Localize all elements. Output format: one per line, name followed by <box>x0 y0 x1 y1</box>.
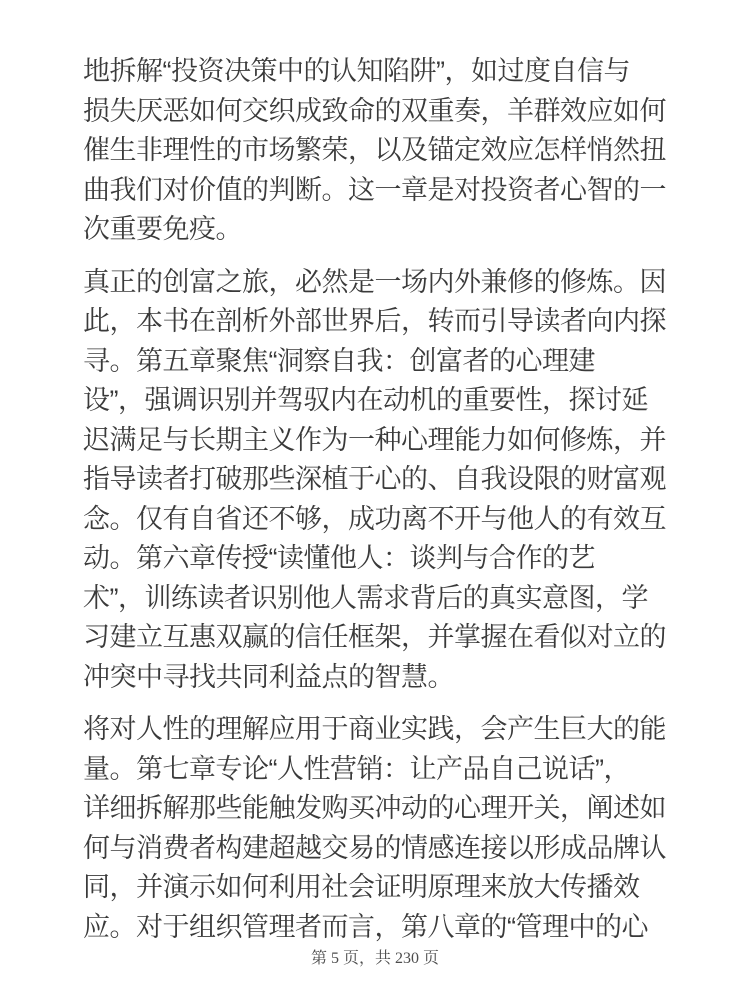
body-line: 同，并演示如何利用社会证明原理来放大传播效 <box>83 868 683 908</box>
body-line: 寻。第五章聚焦“洞察自我：创富者的心理建 <box>83 342 683 382</box>
body-line: 真正的创富之旅，必然是一场内外兼修的修炼。因 <box>83 263 683 303</box>
paragraph-3: 将对人性的理解应用于商业实践，会产生巨大的能 量。第七章专论“人性营销：让产品自… <box>83 710 683 947</box>
body-line: 应。对于组织管理者而言，第八章的“管理中的心 <box>83 908 683 948</box>
body-line: 念。仅有自省还不够，成功离不开与他人的有效互 <box>83 500 683 540</box>
body-line: 术”，训练读者识别他人需求背后的真实意图，学 <box>83 579 683 619</box>
body-line: 何与消费者构建超越交易的情感连接以形成品牌认 <box>83 829 683 869</box>
body-line: 量。第七章专论“人性营销：让产品自己说话”， <box>83 750 683 790</box>
body-line: 习建立互惠双赢的信任框架，并掌握在看似对立的 <box>83 618 683 658</box>
body-line: 将对人性的理解应用于商业实践，会产生巨大的能 <box>83 710 683 750</box>
body-line: 指导读者打破那些深植于心的、自我设限的财富观 <box>83 460 683 500</box>
page-indicator: 第 5 页，共 230 页 <box>0 948 750 970</box>
document-body: 地拆解“投资决策中的认知陷阱”，如过度自信与 损失厌恶如何交织成致命的双重奏，羊… <box>83 52 683 947</box>
document-page: 地拆解“投资决策中的认知陷阱”，如过度自信与 损失厌恶如何交织成致命的双重奏，羊… <box>0 0 750 1000</box>
body-line: 地拆解“投资决策中的认知陷阱”，如过度自信与 <box>83 52 683 92</box>
body-line: 此，本书在剖析外部世界后，转而引导读者向内探 <box>83 302 683 342</box>
paragraph-2: 真正的创富之旅，必然是一场内外兼修的修炼。因 此，本书在剖析外部世界后，转而引导… <box>83 263 683 698</box>
body-line: 迟满足与长期主义作为一种心理能力如何修炼，并 <box>83 421 683 461</box>
body-line: 曲我们对价值的判断。这一章是对投资者心智的一 <box>83 171 683 211</box>
body-line: 动。第六章传授“读懂他人：谈判与合作的艺 <box>83 539 683 579</box>
body-line: 损失厌恶如何交织成致命的双重奏，羊群效应如何 <box>83 92 683 132</box>
body-line: 次重要免疫。 <box>83 210 683 250</box>
body-line: 冲突中寻找共同利益点的智慧。 <box>83 658 683 698</box>
body-line: 详细拆解那些能触发购买冲动的心理开关，阐述如 <box>83 789 683 829</box>
body-line: 催生非理性的市场繁荣，以及锚定效应怎样悄然扭 <box>83 131 683 171</box>
paragraph-1: 地拆解“投资决策中的认知陷阱”，如过度自信与 损失厌恶如何交织成致命的双重奏，羊… <box>83 52 683 250</box>
body-line: 设”，强调识别并驾驭内在动机的重要性，探讨延 <box>83 381 683 421</box>
